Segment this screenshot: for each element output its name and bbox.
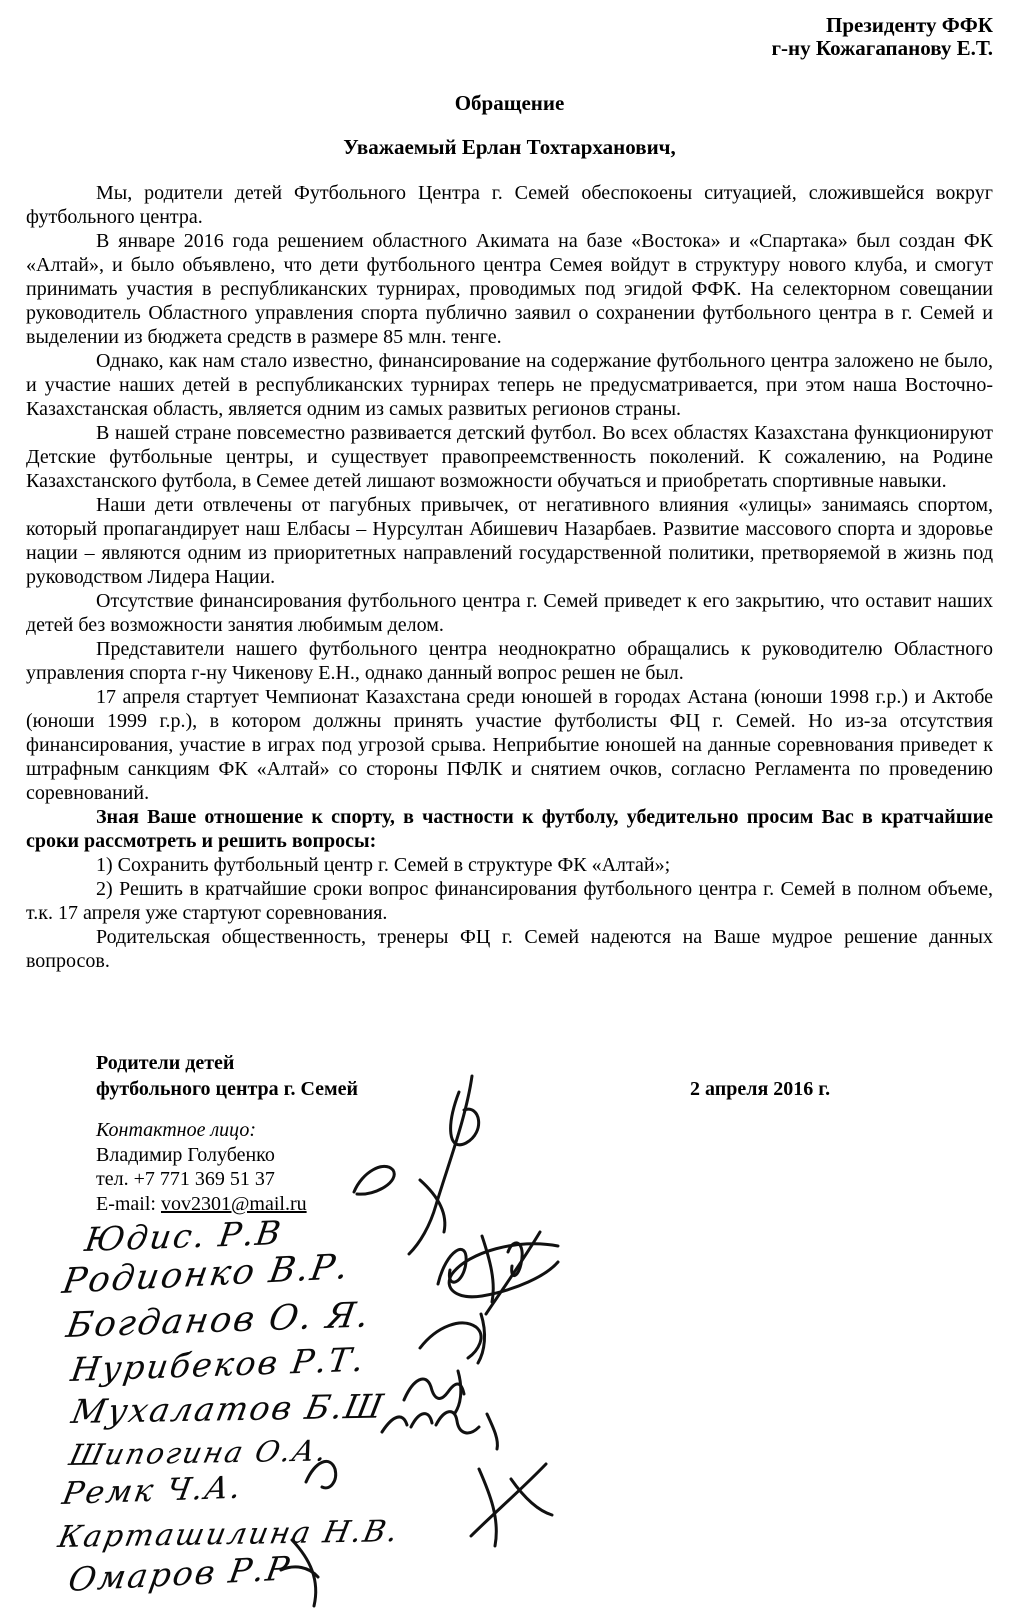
contact-label: Контактное лицо: xyxy=(96,1118,307,1143)
signature-name: Омаров Р.Р xyxy=(66,1549,294,1599)
paragraph: Отсутствие финансирования футбольного це… xyxy=(26,589,993,637)
paragraph: 17 апреля стартует Чемпионат Казахстана … xyxy=(26,685,993,805)
recipient-line-2: г-ну Кожагапанову Е.Т. xyxy=(26,37,993,60)
letter-content: Президенту ФФК г-ну Кожагапанову Е.Т. Об… xyxy=(26,0,993,973)
paragraph: Наши дети отвлечены от пагубных привычек… xyxy=(26,493,993,589)
salutation: Уважаемый Ерлан Тохтарханович, xyxy=(26,136,993,159)
paragraph: Представители нашего футбольного центра … xyxy=(26,637,993,685)
signoff-from-line-2: футбольного центра г. Семей xyxy=(96,1076,358,1102)
request-item-2: 2) Решить в кратчайшие сроки вопрос фина… xyxy=(26,877,993,925)
paragraph: Однако, как нам стало известно, финансир… xyxy=(26,349,993,421)
contact-phone: тел. +7 771 369 51 37 xyxy=(96,1167,307,1192)
signature-name: Шипогина О.А. xyxy=(66,1434,332,1472)
contact-name: Владимир Голубенко xyxy=(96,1143,307,1168)
closing-paragraph: Родительская общественность, тренеры ФЦ … xyxy=(26,925,993,973)
request-paragraph: Зная Ваше отношение к спорту, в частност… xyxy=(26,805,993,853)
recipient-block: Президенту ФФК г-ну Кожагапанову Е.Т. xyxy=(26,0,993,60)
paragraph: В январе 2016 года решением областного А… xyxy=(26,229,993,349)
contact-block: Контактное лицо: Владимир Голубенко тел.… xyxy=(96,1118,307,1216)
signature-name: Мухалатов Б.Ш xyxy=(68,1387,388,1431)
signoff-from-line-1: Родители детей xyxy=(96,1050,358,1076)
letter-title: Обращение xyxy=(26,92,993,115)
letter-body: Мы, родители детей Футбольного Центра г.… xyxy=(26,181,993,973)
signature-name: Родионко В.Р. xyxy=(60,1247,353,1302)
paragraph: Мы, родители детей Футбольного Центра г.… xyxy=(26,181,993,229)
recipient-line-1: Президенту ФФК xyxy=(26,14,993,37)
letter-page: Президенту ФФК г-ну Кожагапанову Е.Т. Об… xyxy=(0,0,1024,1616)
email-label: E-mail: xyxy=(96,1193,156,1215)
email-address: vov2301@mail.ru xyxy=(161,1193,307,1215)
signature-name: Богданов О. Я. xyxy=(64,1295,374,1345)
signature-name: Нурибеков Р.Т. xyxy=(68,1340,368,1389)
contact-email-line: E-mail: vov2301@mail.ru xyxy=(96,1192,307,1217)
signature-name: Ремк Ч.А. xyxy=(60,1470,246,1512)
signoff-from: Родители детей футбольного центра г. Сем… xyxy=(96,1050,358,1102)
signature-name: Карташилина Н.В. xyxy=(55,1514,402,1555)
request-item-1: 1) Сохранить футбольный центр г. Семей в… xyxy=(26,853,993,877)
paragraph: В нашей стране повсеместно развивается д… xyxy=(26,421,993,493)
signoff-date: 2 апреля 2016 г. xyxy=(690,1076,830,1102)
signature-name: Юдис. Р.В xyxy=(82,1213,285,1259)
